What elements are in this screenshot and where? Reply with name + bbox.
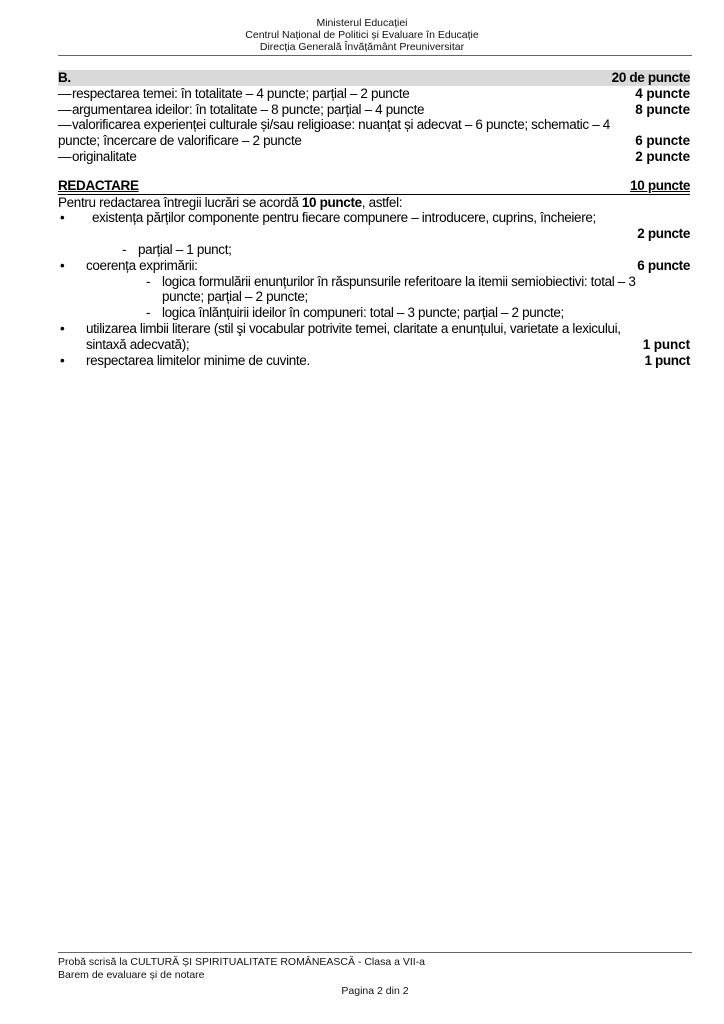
- footer-subject: CULTURĂ ȘI SPIRITUALITATE ROMÂNEASCĂ: [130, 956, 355, 968]
- bullet-text: coerența exprimării:: [86, 258, 637, 274]
- document-footer: Probă scrisă la CULTURĂ ȘI SPIRITUALITAT…: [58, 956, 692, 998]
- criterion-points: 2 puncte: [635, 149, 690, 165]
- footer-class: - Clasa a VII-a: [355, 956, 425, 968]
- bullet-item: • existența părților componente pentru f…: [58, 210, 690, 226]
- criterion-row: —valorificarea experienței culturale și/…: [58, 117, 690, 149]
- document-body: B. 20 de puncte —respectarea temei: în t…: [58, 70, 690, 368]
- bullet-item: • coerența exprimării: 6 puncte: [58, 258, 690, 274]
- header-ministry: Ministerul Educației: [0, 17, 724, 29]
- criterion-points: 6 puncte: [635, 133, 690, 149]
- criterion-text-continued: puncte; încercare de valorificare – 2 pu…: [58, 133, 302, 149]
- footer-doc-type: Barem de evaluare și de notare: [58, 969, 692, 982]
- bullet-text-continued: sintaxă adecvată);: [86, 337, 189, 353]
- sub-item: - parțial – 1 punct;: [58, 242, 690, 258]
- dash-marker: -: [146, 274, 162, 306]
- bullet-text: respectarea limitelor minime de cuvinte.: [86, 353, 644, 369]
- section-b-label: B.: [58, 70, 71, 86]
- redactare-intro: Pentru redactarea întregii lucrări se ac…: [58, 195, 690, 211]
- bullet-marker: •: [58, 210, 86, 226]
- bullet-points: 1 punct: [644, 353, 690, 369]
- footer-exam-title: Probă scrisă la CULTURĂ ȘI SPIRITUALITAT…: [58, 956, 692, 969]
- bullet-points: 6 puncte: [637, 258, 690, 274]
- dash-marker: —: [58, 149, 72, 165]
- criterion-row: —originalitate 2 puncte: [58, 149, 690, 165]
- redactare-label: REDACTARE: [58, 178, 139, 194]
- dash-marker: -: [122, 242, 138, 258]
- criterion-points: 8 puncte: [635, 102, 690, 118]
- header-divider: [58, 55, 692, 56]
- bullet-points: 1 punct: [643, 337, 690, 353]
- header-directorate: Direcția Generală Învățământ Preuniversi…: [0, 41, 724, 53]
- criterion-text: respectarea temei: în totalitate – 4 pun…: [72, 86, 409, 101]
- criterion-text: valorificarea experienței culturale și/s…: [72, 117, 610, 132]
- sub-item: - logica înlănțuirii ideilor în compuner…: [58, 305, 690, 321]
- header-center: Centrul Național de Politici și Evaluare…: [0, 29, 724, 41]
- bullet-marker: •: [58, 353, 86, 369]
- page-number: Pagina 2 din 2: [58, 985, 692, 998]
- dash-marker: —: [58, 117, 72, 133]
- document-header: Ministerul Educației Centrul Național de…: [0, 17, 724, 53]
- sub-item-text-continued: puncte; parțial – 2 puncte;: [162, 289, 308, 304]
- criterion-row: —argumentarea ideilor: în totalitate – 8…: [58, 102, 690, 118]
- bullet-item: • utilizarea limbii literare (stil şi vo…: [58, 321, 690, 353]
- bullet-item: • respectarea limitelor minime de cuvint…: [58, 353, 690, 369]
- sub-item: - logica formulării enunțurilor în răspu…: [58, 274, 690, 306]
- criterion-text: argumentarea ideilor: în totalitate – 8 …: [72, 102, 424, 117]
- intro-points: 10 puncte: [302, 195, 362, 210]
- criterion-text: originalitate: [72, 149, 137, 164]
- section-b-heading: B. 20 de puncte: [58, 70, 690, 86]
- bullet-points: 2 puncte: [58, 226, 690, 242]
- sub-item-text: parțial – 1 punct;: [138, 242, 232, 258]
- redactare-points: 10 puncte: [630, 178, 690, 194]
- bullet-text: utilizarea limbii literare (stil şi voca…: [86, 321, 621, 337]
- bullet-marker: •: [58, 321, 86, 353]
- dash-marker: -: [146, 305, 162, 321]
- section-b-points: 20 de puncte: [612, 70, 690, 86]
- bullet-marker: •: [58, 258, 86, 274]
- dash-marker: —: [58, 102, 72, 118]
- footer-divider: [58, 952, 692, 953]
- sub-item-text: logica formulării enunțurilor în răspuns…: [162, 274, 636, 290]
- sub-item-text: logica înlănțuirii ideilor în compuneri:…: [162, 305, 564, 321]
- criterion-row: —respectarea temei: în totalitate – 4 pu…: [58, 86, 690, 102]
- dash-marker: —: [58, 86, 72, 102]
- redactare-heading: REDACTARE 10 puncte: [58, 178, 690, 195]
- bullet-text: existența părților componente pentru fie…: [86, 210, 690, 226]
- criterion-points: 4 puncte: [635, 86, 690, 102]
